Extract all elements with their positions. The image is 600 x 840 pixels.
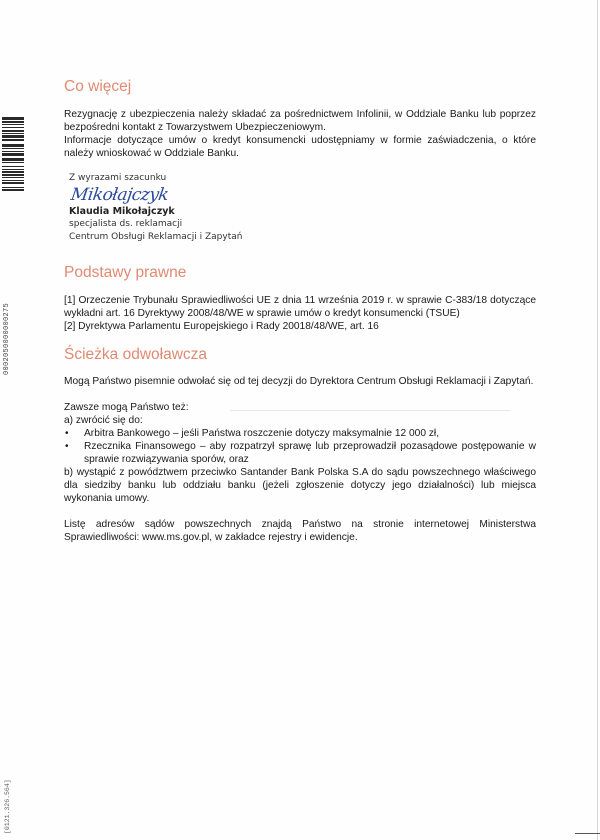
legal-ref-2: [2] Dyrektywa Parlamentu Europejskiego i… (64, 320, 536, 333)
document-page: 0002050000000275 [0121.326.564] Co więce… (0, 0, 600, 840)
list-item-arbiter: Arbitra Bankowego – jeśli Państwa roszcz… (64, 427, 536, 440)
section-title-legal: Podstawy prawne (64, 264, 536, 282)
scan-edge (597, 0, 598, 840)
letter-body: Co więcej Rezygnację z ubezpieczenia nal… (64, 78, 536, 544)
signature-block: Z wyrazami szacunku Mikołajczyk Klaudia … (69, 172, 536, 244)
appeal-also: Zawsze mogą Państwo też: (64, 401, 536, 414)
document-id: [0121.326.564] (4, 779, 11, 834)
section-appeal: Ścieżka odwoławcza Mogą Państwo pisemnie… (64, 346, 536, 544)
appeal-option-b: b) wystąpić z powództwem przeciwko Santa… (64, 466, 536, 505)
scan-edge-mark (575, 833, 600, 834)
list-item-ombudsman: Rzecznika Finansowego – aby rozpatrzył s… (64, 440, 536, 466)
signatory-role: specjalista ds. reklamacji (69, 218, 536, 231)
appeal-option-a: a) zwrócić się do: (64, 414, 536, 427)
section-more: Co więcej Rezygnację z ubezpieczenia nal… (64, 78, 536, 244)
signatory-name: Klaudia Mikołajczyk (69, 206, 536, 218)
appeal-bodies-list: Arbitra Bankowego – jeśli Państwa roszcz… (64, 427, 536, 466)
appeal-intro: Mogą Państwo pisemnie odwołać się od tej… (64, 375, 536, 388)
courts-info: Listę adresów sądów powszechnych znajdą … (64, 518, 536, 544)
section-legal-basis: Podstawy prawne [1] Orzeczenie Trybunału… (64, 264, 536, 333)
paragraph-credit-info: Informacje dotyczące umów o kredyt konsu… (64, 134, 536, 160)
signatory-department: Centrum Obsługi Reklamacji i Zapytań (69, 231, 536, 244)
paragraph-resignation: Rezygnację z ubezpieczenia należy składa… (64, 108, 536, 134)
section-title-appeal: Ścieżka odwoławcza (64, 346, 536, 364)
section-title-more: Co więcej (64, 78, 536, 96)
handwritten-signature: Mikołajczyk (69, 184, 169, 206)
barcode (2, 117, 24, 245)
legal-ref-1: [1] Orzeczenie Trybunału Sprawiedliwości… (64, 294, 536, 320)
barcode-number: 0002050000000275 (3, 303, 11, 375)
signature-greeting: Z wyrazami szacunku (69, 172, 536, 184)
